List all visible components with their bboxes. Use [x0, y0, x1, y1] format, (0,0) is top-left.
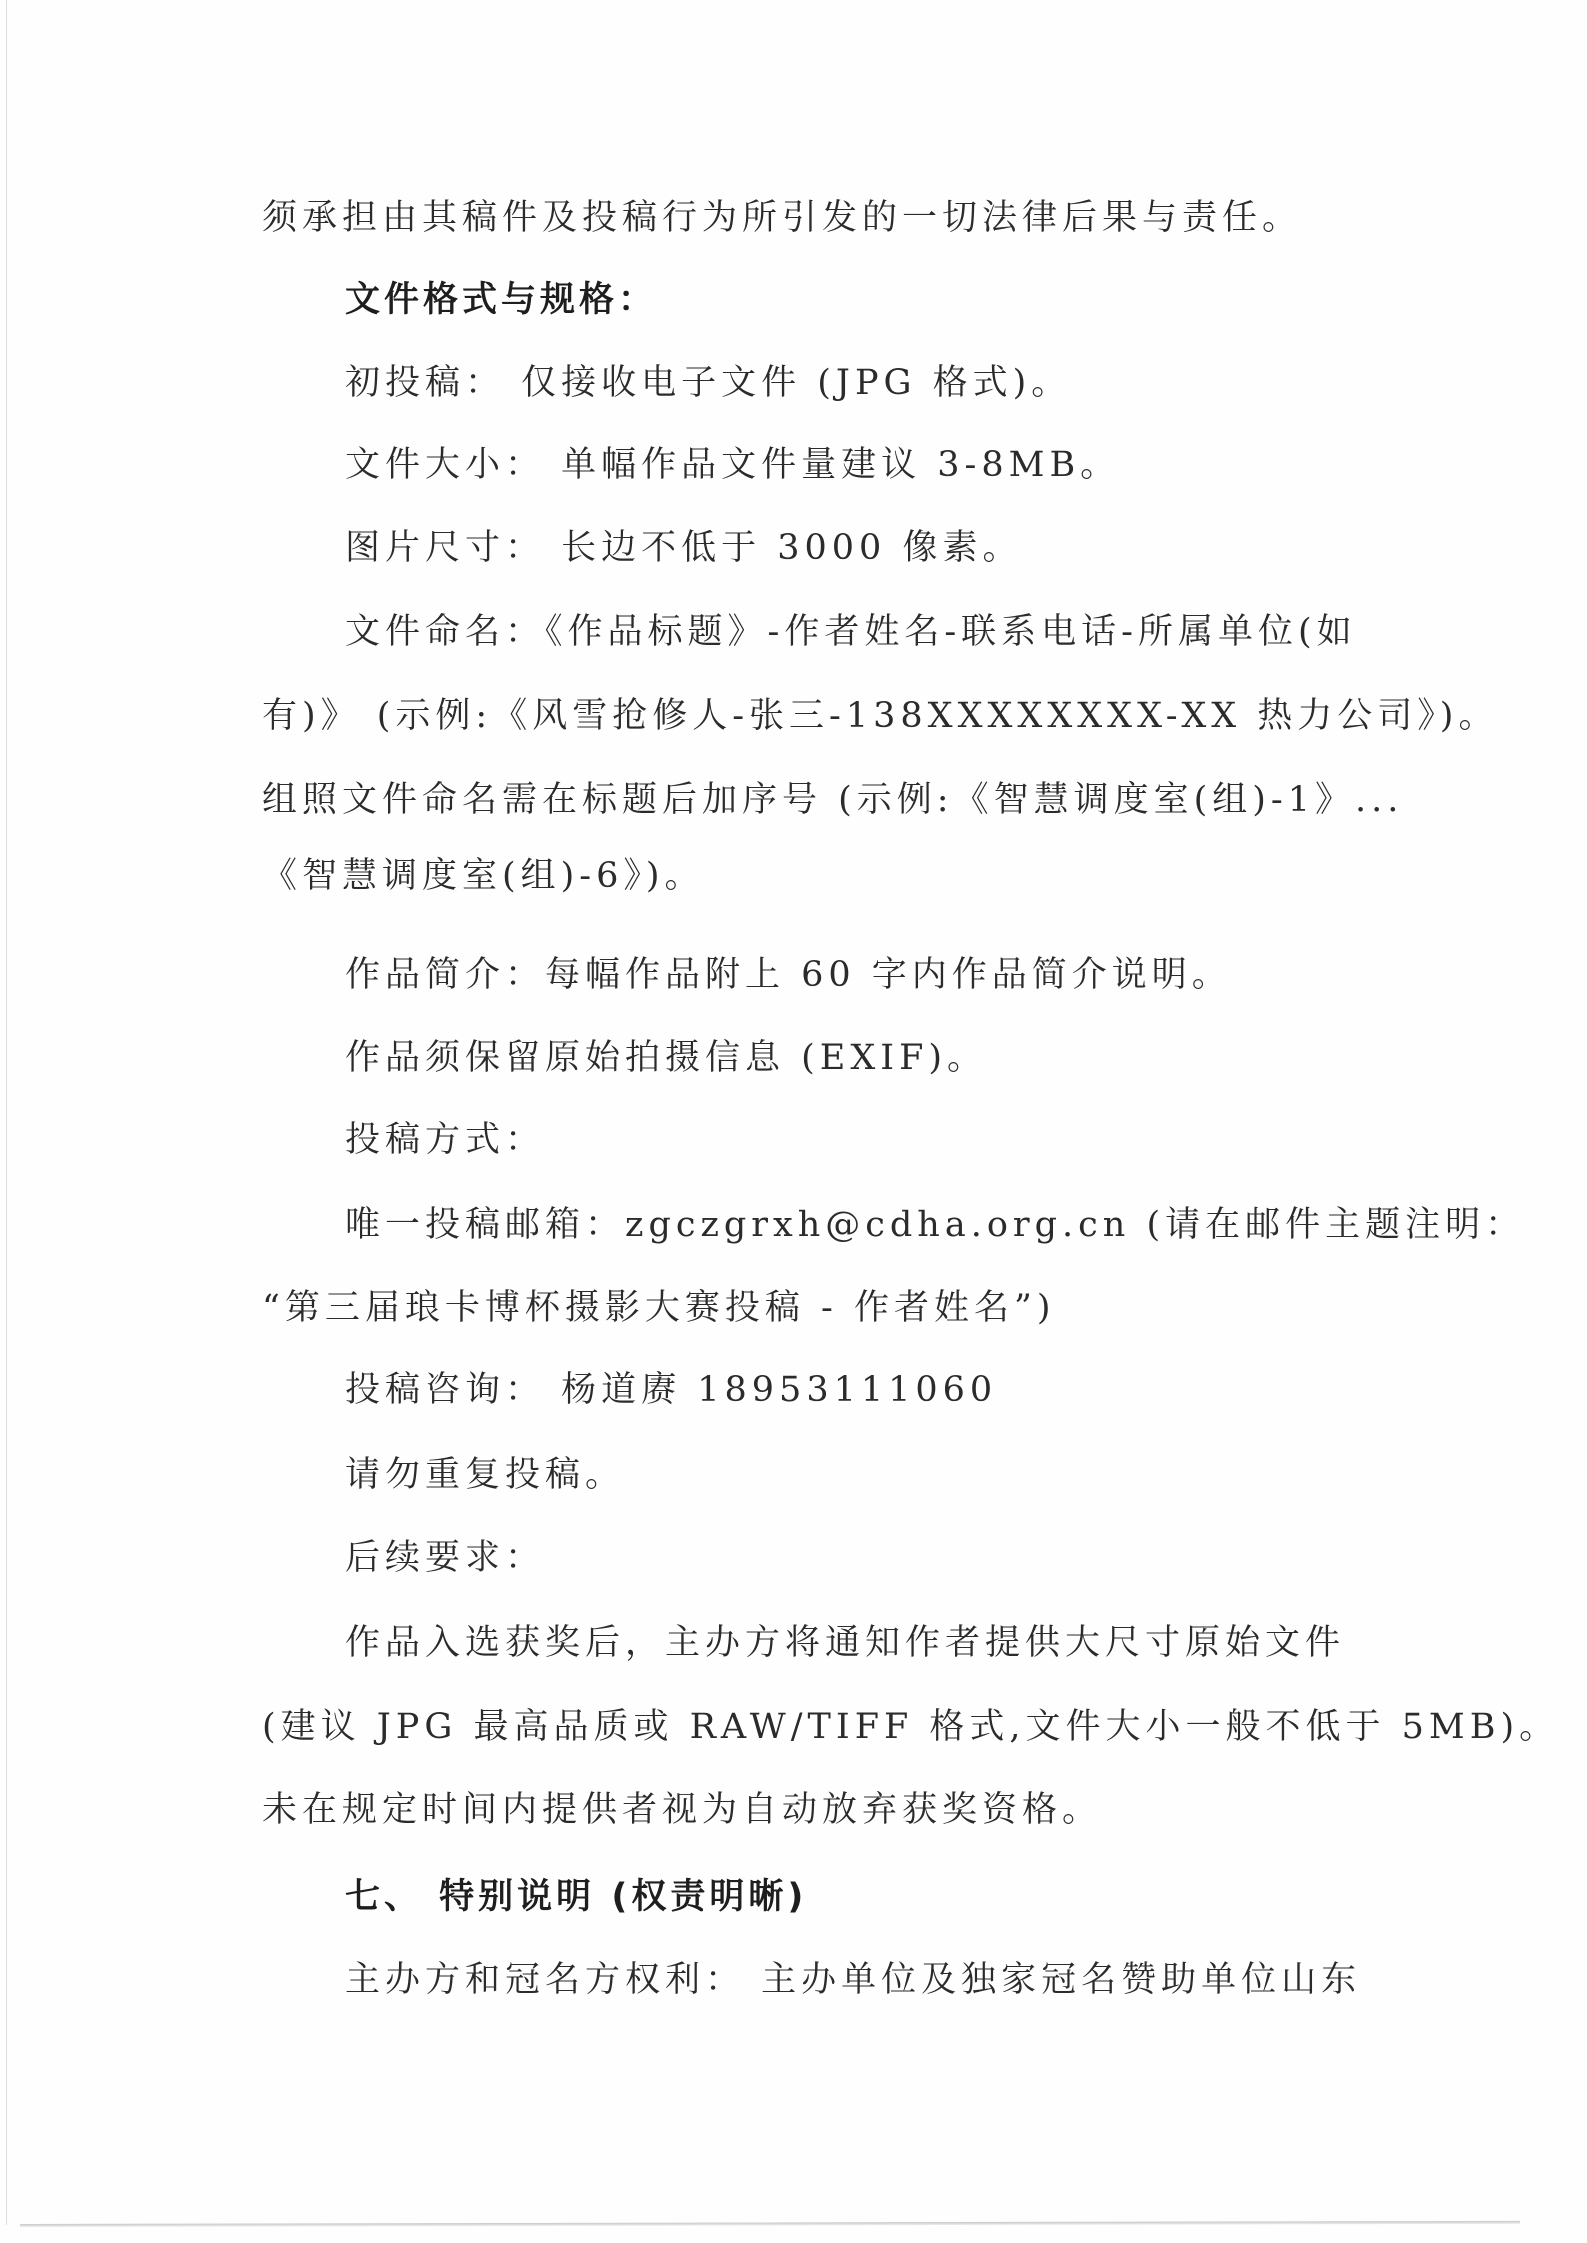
section-heading-special-notes: 七、 特别说明 (权责明晰) — [345, 1875, 807, 1919]
item-initial-submission: 初投稿： 仅接收电子文件 (JPG 格式)。 — [345, 361, 1071, 405]
document-page: 须承担由其稿件及投稿行为所引发的一切法律后果与责任。 文件格式与规格： 初投稿：… — [0, 0, 1587, 2243]
item-submission-contact: 投稿咨询： 杨道赓 18953111060 — [345, 1368, 997, 1412]
item-series-naming: 组照文件命名需在标题后加序号 (示例:《智慧调度室(组)-1》... — [262, 778, 1403, 822]
heading-follow-up: 后续要求： — [345, 1536, 545, 1580]
item-original-file-request: 作品入选获奖后，主办方将通知作者提供大尺寸原始文件 — [345, 1621, 1345, 1665]
item-file-naming: 文件命名：《作品标题》-作者姓名-联系电话-所属单位(如 — [345, 610, 1357, 654]
item-organizer-rights: 主办方和冠名方权利： 主办单位及独家冠名赞助单位山东 — [345, 1958, 1361, 2002]
item-image-dimensions: 图片尺寸： 长边不低于 3000 像素。 — [345, 526, 1022, 570]
item-original-file-format: (建议 JPG 最高品质或 RAW/TIFF 格式,文件大小一般不低于 5MB)… — [262, 1705, 1559, 1749]
item-forfeit-notice: 未在规定时间内提供者视为自动放弃获奖资格。 — [262, 1788, 1102, 1832]
paragraph-liability-continuation: 须承担由其稿件及投稿行为所引发的一切法律后果与责任。 — [262, 196, 1302, 240]
item-file-naming-example: 有)》 (示例:《风雪抢修人-张三-138XXXXXXXX-XX 热力公司》)。 — [262, 694, 1498, 738]
scan-edge-left — [6, 0, 7, 2225]
item-exif-requirement: 作品须保留原始拍摄信息 (EXIF)。 — [345, 1036, 987, 1080]
item-email-subject-format: “第三届琅卡博杯摄影大赛投稿 - 作者姓名”) — [262, 1286, 1056, 1330]
item-file-size: 文件大小： 单幅作品文件量建议 3-8MB。 — [345, 443, 1120, 487]
item-no-duplicate: 请勿重复投稿。 — [345, 1453, 625, 1497]
heading-file-format-spec: 文件格式与规格： — [345, 278, 657, 322]
scan-edge-bottom — [20, 2221, 1520, 2227]
item-series-naming-end: 《智慧调度室(组)-6》)。 — [262, 854, 705, 898]
item-submission-email: 唯一投稿邮箱：zgczgrxh@cdha.org.cn (请在邮件主题注明： — [345, 1203, 1525, 1247]
item-work-intro: 作品简介：每幅作品附上 60 字内作品简介说明。 — [345, 953, 1232, 997]
heading-submission-method: 投稿方式： — [345, 1118, 545, 1162]
